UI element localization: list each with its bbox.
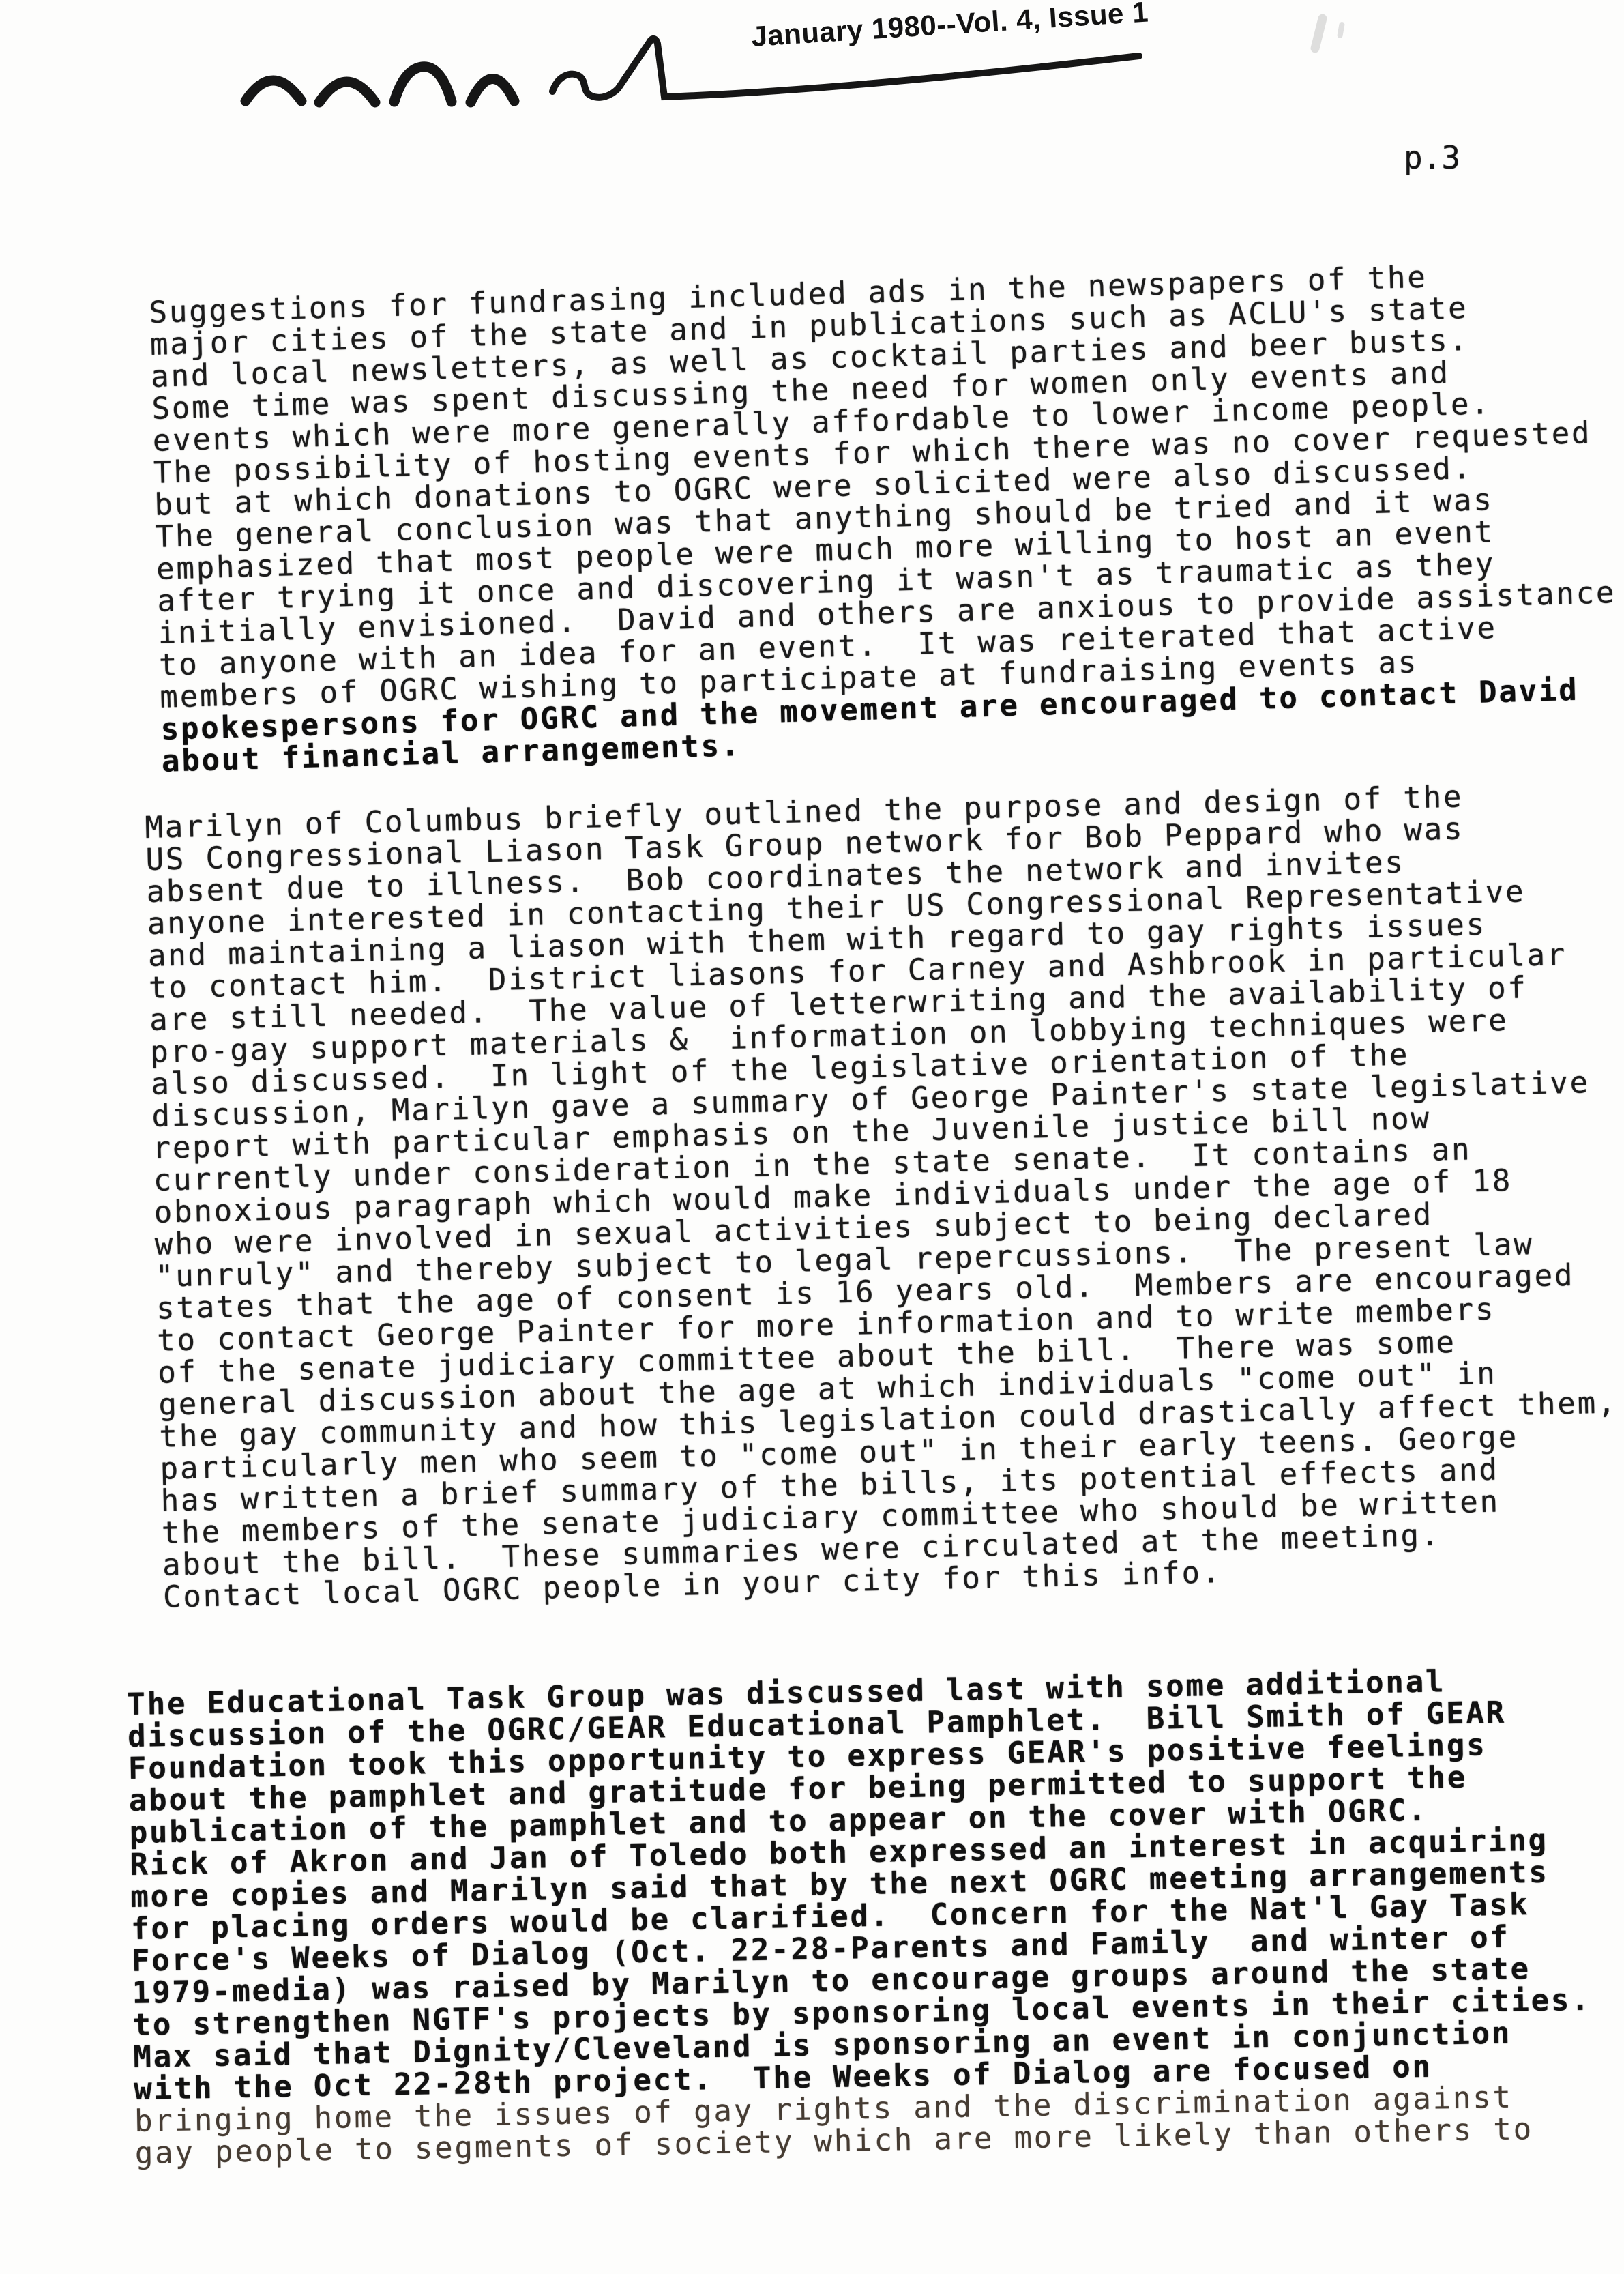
paragraph-fundraising: Suggestions for fundrasing included ads … bbox=[149, 256, 1624, 778]
paragraph-educational-task-group: The Educational Task Group was discussed… bbox=[127, 1663, 1624, 2170]
paragraph-congressional-liason-task-group: Marilyn of Columbus briefly outlined the… bbox=[145, 777, 1624, 1614]
page-number: p.3 bbox=[1404, 139, 1460, 176]
scan-smudge bbox=[1337, 21, 1345, 38]
scan-smudge bbox=[1310, 13, 1328, 53]
scanned-newsletter-page: January 1980--Vol. 4, Issue 1 p.3 Sugges… bbox=[0, 0, 1624, 2274]
document-body: Suggestions for fundrasing included ads … bbox=[0, 297, 1624, 2170]
